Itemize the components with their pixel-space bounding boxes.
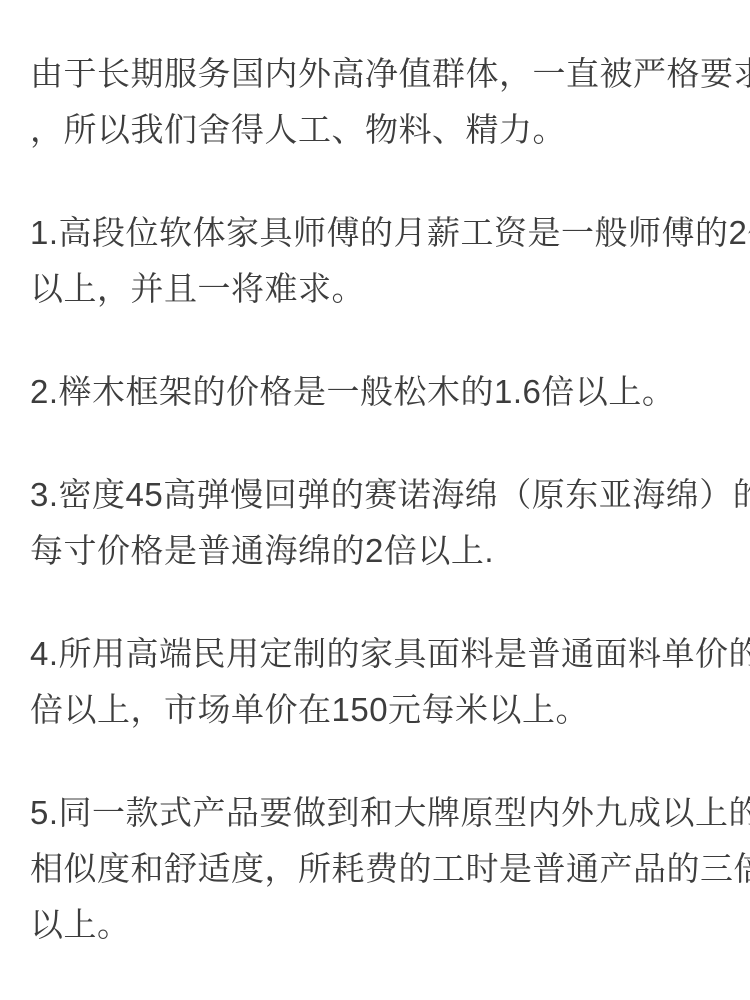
list-item-5: 5.同一款式产品要做到和大牌原型内外九成以上的 相似度和舒适度，所耗费的工时是普… <box>30 785 724 953</box>
list-item-4: 4.所用高端民用定制的家具面料是普通面料单价的5 倍以上，市场单价在150元每米… <box>30 626 724 738</box>
list-item-3: 3.密度45高弹慢回弹的赛诺海绵（原东亚海绵）的 每寸价格是普通海绵的2倍以上. <box>30 467 724 579</box>
article-body: 由于长期服务国内外高净值群体，一直被严格要求 ，所以我们舍得人工、物料、精力。 … <box>0 0 750 1000</box>
intro-paragraph: 由于长期服务国内外高净值群体，一直被严格要求 ，所以我们舍得人工、物料、精力。 <box>30 46 724 158</box>
item-5-line-1: 5.同一款式产品要做到和大牌原型内外九成以上的 <box>30 785 724 841</box>
item-3-line-2: 每寸价格是普通海绵的2倍以上. <box>30 523 724 579</box>
item-1-line-1: 1.高段位软体家具师傅的月薪工资是一般师傅的2倍 <box>30 205 724 261</box>
intro-line-1: 由于长期服务国内外高净值群体，一直被严格要求 <box>30 46 724 102</box>
item-4-line-2: 倍以上，市场单价在150元每米以上。 <box>30 682 724 738</box>
item-4-line-1: 4.所用高端民用定制的家具面料是普通面料单价的5 <box>30 626 724 682</box>
item-1-line-2: 以上，并且一将难求。 <box>30 261 724 317</box>
list-item-2: 2.榉木框架的价格是一般松木的1.6倍以上。 <box>30 364 724 420</box>
list-item-1: 1.高段位软体家具师傅的月薪工资是一般师傅的2倍 以上，并且一将难求。 <box>30 205 724 317</box>
item-5-line-2: 相似度和舒适度，所耗费的工时是普通产品的三倍 <box>30 841 724 897</box>
intro-line-2: ，所以我们舍得人工、物料、精力。 <box>30 102 724 158</box>
item-5-line-3: 以上。 <box>30 897 724 953</box>
item-2-line-1: 2.榉木框架的价格是一般松木的1.6倍以上。 <box>30 364 724 420</box>
item-3-line-1: 3.密度45高弹慢回弹的赛诺海绵（原东亚海绵）的 <box>30 467 724 523</box>
